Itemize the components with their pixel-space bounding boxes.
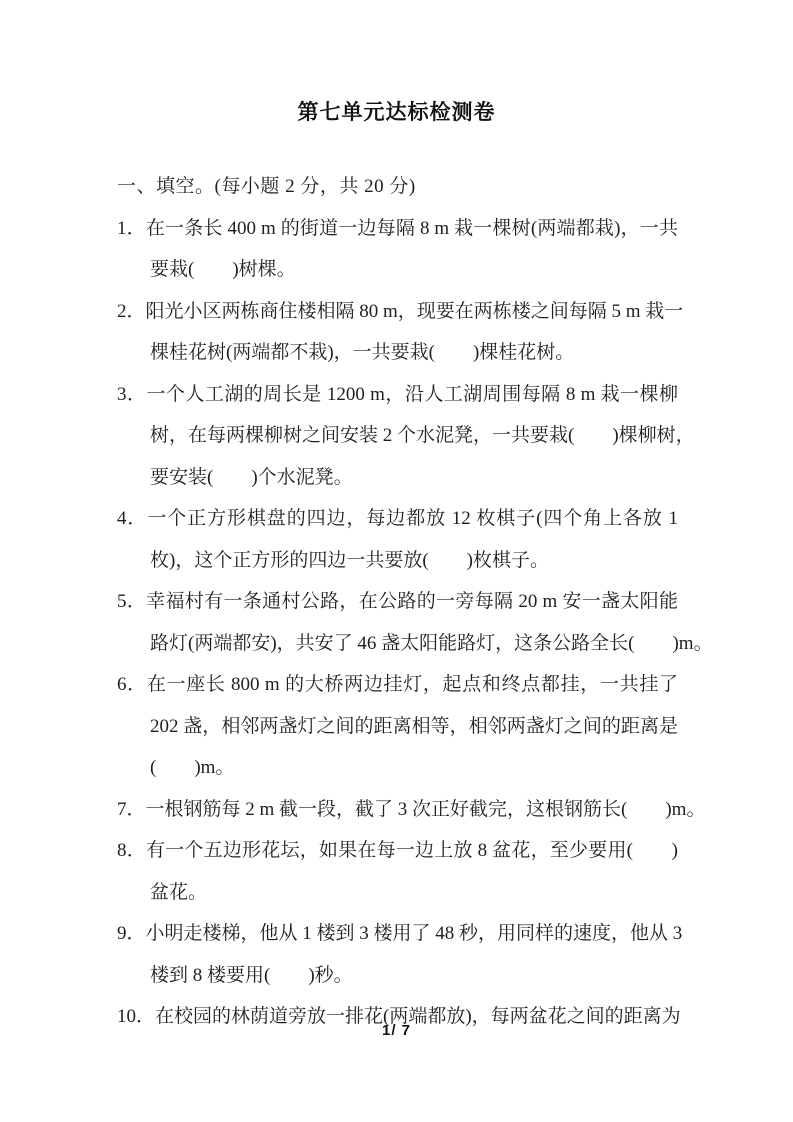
question-2-line-2: 棵桂花树(两端都不栽)，一共要栽( )棵桂花树。 xyxy=(117,332,678,374)
question-6-line-1: 6．在一座长 800 m 的大桥两边挂灯，起点和终点都挂，一共挂了 xyxy=(117,664,678,706)
question-3-line-2: 树，在每两棵柳树之间安装 2 个水泥凳，一共要栽( )棵柳树， xyxy=(117,415,678,457)
question-3-line-3: 要安装( )个水泥凳。 xyxy=(117,457,678,499)
document-page: 第七单元达标检测卷 一、填空。(每小题 2 分，共 20 分) 1．在一条长 4… xyxy=(0,0,793,1122)
question-4-line-2: 枚)，这个正方形的四边一共要放( )枚棋子。 xyxy=(117,540,678,582)
question-9-line-2: 楼到 8 楼要用( )秒。 xyxy=(117,955,678,997)
question-5-line-1: 5．幸福村有一条通村公路，在公路的一旁每隔 20 m 安一盏太阳能 xyxy=(117,581,678,623)
question-4-line-1: 4．一个正方形棋盘的四边，每边都放 12 枚棋子(四个角上各放 1 xyxy=(117,498,678,540)
question-5-line-2: 路灯(两端都安)，共安了 46 盏太阳能路灯，这条公路全长( )m。 xyxy=(117,623,678,665)
question-6-line-2: 202 盏，相邻两盏灯之间的距离相等，相邻两盏灯之间的距离是 xyxy=(117,706,678,748)
question-list: 1．在一条长 400 m 的街道一边每隔 8 m 栽一棵树(两端都栽)，一共要栽… xyxy=(117,208,678,1038)
question-8-line-2: 盆花。 xyxy=(117,872,678,914)
question-3-line-1: 3．一个人工湖的周长是 1200 m，沿人工湖周围每隔 8 m 栽一棵柳 xyxy=(117,374,678,416)
question-2-line-1: 2．阳光小区两栋商住楼相隔 80 m，现要在两栋楼之间每隔 5 m 栽一 xyxy=(117,291,678,333)
question-1-line-2: 要栽( )树棵。 xyxy=(117,249,678,291)
question-8-line-1: 8．有一个五边形花坛，如果在每一边上放 8 盆花，至少要用( ) xyxy=(117,830,678,872)
question-7-line-1: 7．一根钢筋每 2 m 截一段，截了 3 次正好截完，这根钢筋长( )m。 xyxy=(117,789,678,831)
page-number: 1/ 7 xyxy=(0,1022,793,1039)
question-9-line-1: 9．小明走楼梯，他从 1 楼到 3 楼用了 48 秒，用同样的速度，他从 3 xyxy=(117,913,678,955)
question-1-line-1: 1．在一条长 400 m 的街道一边每隔 8 m 栽一棵树(两端都栽)，一共 xyxy=(117,208,678,250)
question-6-line-3: ( )m。 xyxy=(117,747,678,789)
section-heading: 一、填空。(每小题 2 分，共 20 分) xyxy=(117,166,678,208)
content-area: 一、填空。(每小题 2 分，共 20 分) 1．在一条长 400 m 的街道一边… xyxy=(117,166,678,1038)
page-title: 第七单元达标检测卷 xyxy=(0,96,793,126)
